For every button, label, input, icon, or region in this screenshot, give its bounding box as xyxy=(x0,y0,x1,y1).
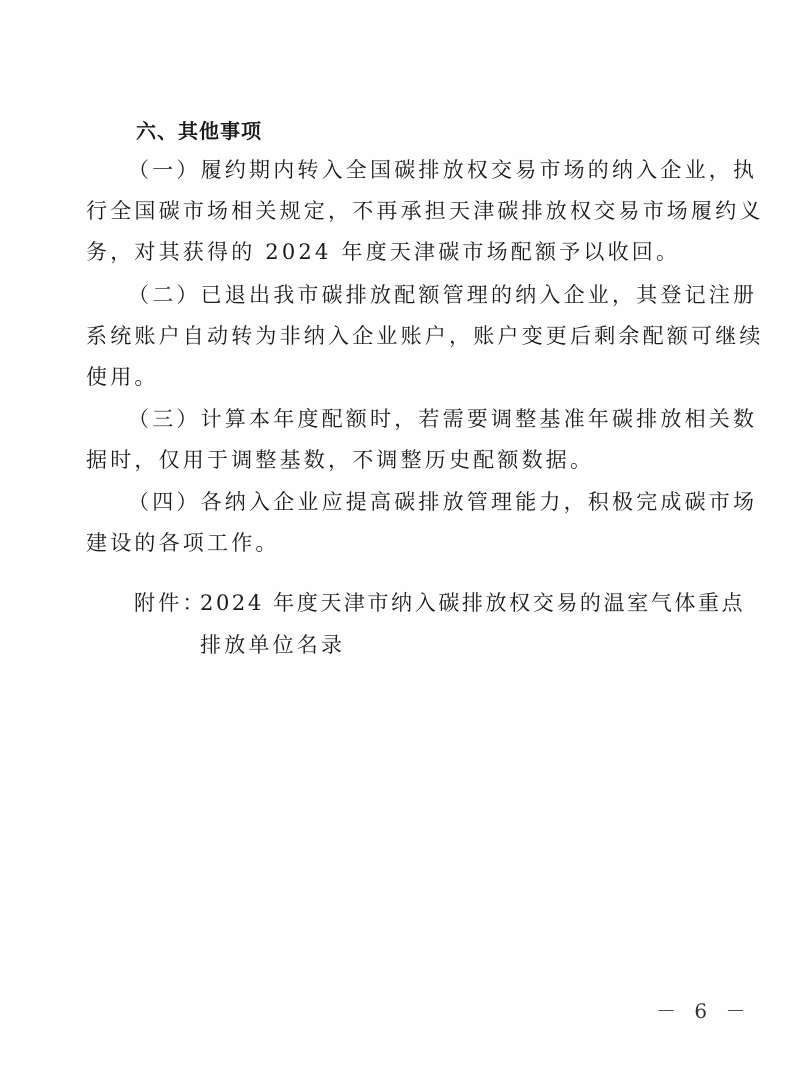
paragraph-line: 务，对其获得的 2024 年度天津碳市场配额予以收回。 xyxy=(86,237,680,267)
paragraph-line: 建设的各项工作。 xyxy=(86,528,280,558)
paragraph-line: 据时，仅用于调整基数，不调整历史配额数据。 xyxy=(86,445,594,475)
attachment-label: 附件： xyxy=(134,588,207,618)
page-number: － 6 － xyxy=(656,995,751,1024)
paragraph-line: （二）已退出我市碳排放配额管理的纳入企业，其登记注册 xyxy=(128,280,757,310)
section-heading: 六、其他事项 xyxy=(136,116,262,146)
paragraph-line: （一）履约期内转入全国碳排放权交易市场的纳入企业，执 xyxy=(128,155,757,185)
paragraph-line: 使用。 xyxy=(86,362,159,392)
paragraph-line: （三）计算本年度配额时，若需要调整基准年碳排放相关数 xyxy=(128,404,757,434)
paragraph-line: 系统账户自动转为非纳入企业账户，账户变更后剩余配额可继续 xyxy=(86,321,764,351)
document-page: 六、其他事项 （一）履约期内转入全国碳排放权交易市场的纳入企业，执 行全国碳市场… xyxy=(0,0,800,1090)
paragraph-line: 行全国碳市场相关规定，不再承担天津碳排放权交易市场履约义 xyxy=(86,196,764,226)
attachment-title-line: 2024 年度天津市纳入碳排放权交易的温室气体重点 xyxy=(200,588,745,618)
paragraph-line: （四）各纳入企业应提高碳排放管理能力，积极完成碳市场 xyxy=(128,487,757,517)
attachment-title-line: 排放单位名录 xyxy=(200,630,345,660)
